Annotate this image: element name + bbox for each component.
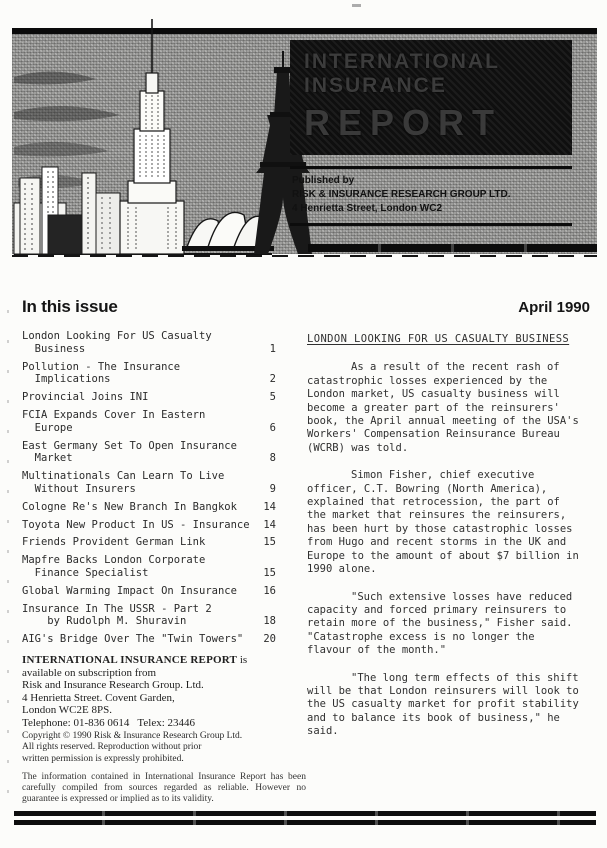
toc-item: Pollution - The Insurance Implications2 [22,361,300,387]
copyright-lines: Copyright © 1990 Risk & Insurance Resear… [22,731,300,766]
toc-entry-title: Provincial Joins INI [22,391,148,404]
toc-item: Insurance In The USSR - Part 2 by Rudolp… [22,603,300,629]
copyright-line: All rights reserved. Reproduction withou… [22,742,300,754]
toc-item: Friends Provident German Link15 [22,536,300,549]
toc-entry-title: Pollution - The Insurance [22,361,180,374]
article-paragraph: "Such extensive losses have reduced capa… [307,591,579,658]
publisher-name: RISK & INSURANCE RESEARCH GROUP LTD. [292,188,572,202]
toc-page-number: 5 [270,391,276,404]
toc-row: Without Insurers9 [22,483,276,496]
title-word-report: REPORT [304,103,572,143]
toc-row: AIG's Bridge Over The "Twin Towers"20 [22,633,276,646]
toc-item: FCIA Expands Cover In Eastern Europe6 [22,409,300,435]
toc-entry-title: AIG's Bridge Over The "Twin Towers" [22,633,243,646]
toc-entry-title: Implications [22,373,111,386]
toc-row: East Germany Set To Open Insurance [22,440,276,453]
scan-artifact [352,4,361,7]
toc-row: Finance Specialist15 [22,567,276,580]
subscription-title-rest: is [237,654,247,666]
toc-item: Toyota New Product In US - Insurance14 [22,519,300,532]
toc-item: London Looking For US Casualty Business1 [22,330,300,356]
toc-entry-title: Global Warming Impact On Insurance [22,585,237,598]
toc-item: Provincial Joins INI5 [22,391,300,404]
article-paragraph: As a result of the recent rash of catast… [307,361,579,455]
title-word-international: INTERNATIONAL [304,50,572,74]
publisher-address: 4 Henrietta Street, London WC2 [292,202,572,216]
toc-item: Mapfre Backs London Corporate Finance Sp… [22,554,300,580]
publisher-block: Published by RISK & INSURANCE RESEARCH G… [290,166,572,226]
article-body: As a result of the recent rash of catast… [307,361,579,738]
toc-row: Provincial Joins INI5 [22,391,276,404]
bottom-rule-bottom [14,820,596,825]
toc-page-number: 9 [270,483,276,496]
title-word-insurance: INSURANCE [304,74,572,98]
toc-entry-title: FCIA Expands Cover In Eastern [22,409,205,422]
subscription-line: available on subscription from [22,667,300,680]
toc-page-number: 15 [263,536,276,549]
toc-entry-title: by Rudolph M. Shuravin [22,615,186,628]
issue-date: April 1990 [518,299,590,316]
toc-entry-title: Toyota New Product In US - Insurance [22,519,250,532]
toc-entry-title: Multinationals Can Learn To Live [22,470,224,483]
toc-row: Multinationals Can Learn To Live [22,470,276,483]
toc-row: Friends Provident German Link15 [22,536,276,549]
toc-entry-title: East Germany Set To Open Insurance [22,440,237,453]
toc-entry-title: London Looking For US Casualty [22,330,212,343]
issue-header: In this issue April 1990 [22,297,590,317]
subscription-line: 4 Henrietta Street. Covent Garden, [22,692,300,705]
toc-item: AIG's Bridge Over The "Twin Towers"20 [22,633,300,646]
article-heading: LONDON LOOKING FOR US CASUALTY BUSINESS [307,333,579,346]
toc-entry-title: Finance Specialist [22,567,148,580]
toc-row: Global Warming Impact On Insurance16 [22,585,276,598]
subscription-block: INTERNATIONAL INSURANCE REPORT is availa… [22,654,300,765]
toc-list: London Looking For US Casualty Business1… [22,330,300,646]
issue-title: In this issue [22,297,118,317]
toc-item: Multinationals Can Learn To Live Without… [22,470,300,496]
left-column: London Looking For US Casualty Business1… [22,330,300,805]
lead-article: LONDON LOOKING FOR US CASUALTY BUSINESS … [307,333,579,739]
subscription-line: Telephone: 01-836 0614 Telex: 23446 [22,717,300,730]
toc-row: Europe6 [22,422,276,435]
masthead-right: INTERNATIONAL INSURANCE REPORT Published… [290,40,572,226]
toc-page-number: 1 [270,343,276,356]
masthead-bottom-bar [308,244,597,252]
toc-row: Market8 [22,452,276,465]
masthead-banner: INTERNATIONAL INSURANCE REPORT Published… [12,28,597,254]
toc-page-number: 16 [263,585,276,598]
right-column: LONDON LOOKING FOR US CASUALTY BUSINESS … [307,333,579,753]
toc-entry-title: Cologne Re's New Branch In Bangkok [22,501,237,514]
toc-entry-title: Market [22,452,73,465]
toc-page-number: 8 [270,452,276,465]
toc-entry-title: Without Insurers [22,483,136,496]
subscription-title-bold: INTERNATIONAL INSURANCE REPORT [22,654,237,666]
toc-page-number: 14 [263,501,276,514]
published-by-label: Published by [292,174,572,188]
smudge [14,71,96,84]
toc-row: London Looking For US Casualty [22,330,276,343]
toc-item: Global Warming Impact On Insurance16 [22,585,300,598]
toc-entry-title: Europe [22,422,73,435]
newsletter-page: INTERNATIONAL INSURANCE REPORT Published… [0,0,607,848]
toc-page-number: 6 [270,422,276,435]
toc-row: Pollution - The Insurance [22,361,276,374]
toc-row: Cologne Re's New Branch In Bangkok14 [22,501,276,514]
subscription-line: Risk and Insurance Research Group. Ltd. [22,679,300,692]
toc-page-number: 14 [263,519,276,532]
toc-row: Insurance In The USSR - Part 2 [22,603,276,616]
copyright-line: Copyright © 1990 Risk & Insurance Resear… [22,731,300,743]
toc-row: FCIA Expands Cover In Eastern [22,409,276,422]
toc-entry-title: Business [22,343,85,356]
copyright-line: written permission is expressly prohibit… [22,754,300,766]
toc-item: Cologne Re's New Branch In Bangkok14 [22,501,300,514]
article-paragraph: "The long term effects of this shift wil… [307,672,579,739]
toc-item: East Germany Set To Open Insurance Marke… [22,440,300,466]
toc-row: Mapfre Backs London Corporate [22,554,276,567]
toc-row: Business1 [22,343,276,356]
empire-state-building [120,19,184,254]
toc-row: Implications2 [22,373,276,386]
subscription-lines: available on subscription fromRisk and I… [22,667,300,730]
toc-page-number: 15 [263,567,276,580]
subscription-title-line: INTERNATIONAL INSURANCE REPORT is [22,654,300,667]
toc-entry-title: Mapfre Backs London Corporate [22,554,205,567]
subscription-line: London WC2E 8PS. [22,704,300,717]
toc-page-number: 18 [263,615,276,628]
toc-entry-title: Friends Provident German Link [22,536,205,549]
skyline-illustration [12,15,314,262]
scan-artifact [7,310,9,810]
article-paragraph: Simon Fisher, chief executive officer, C… [307,469,579,576]
bottom-double-rule [14,811,596,825]
newsletter-title-box: INTERNATIONAL INSURANCE REPORT [290,40,572,155]
toc-row: Toyota New Product In US - Insurance14 [22,519,276,532]
toc-page-number: 20 [263,633,276,646]
disclaimer-text: The information contained in Internation… [22,772,306,804]
masthead-bottom-dashes [12,255,597,257]
toc-row: by Rudolph M. Shuravin18 [22,615,276,628]
toc-entry-title: Insurance In The USSR - Part 2 [22,603,212,616]
toc-page-number: 2 [270,373,276,386]
